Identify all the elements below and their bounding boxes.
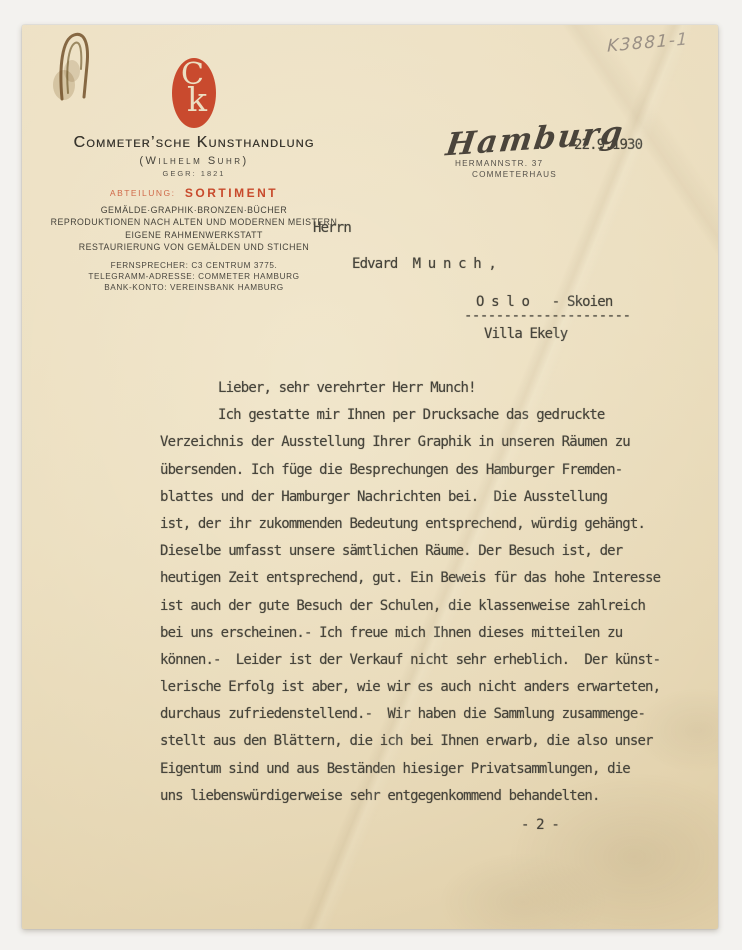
body-line: übersenden. Ich füge die Besprechungen d… bbox=[160, 457, 700, 484]
body-line: ist auch der gute Besuch der Schulen, di… bbox=[160, 593, 700, 620]
department-line: ABTEILUNG: SORTIMENT bbox=[42, 184, 346, 202]
recipient-name: Edvard M u n c h , bbox=[352, 256, 496, 272]
recipient-city-underline: --------------------- bbox=[464, 308, 631, 324]
body-line: Verzeichnis der Ausstellung Ihrer Graphi… bbox=[160, 429, 700, 456]
letterhead: C k Commeter’sche Kunsthandlung (Wilhelm… bbox=[42, 55, 346, 292]
body-line: Ich gestatte mir Ihnen per Drucksache da… bbox=[160, 402, 700, 429]
letter-paper: K3881-1 C k Commeter’sche Kunsthandlung … bbox=[22, 25, 718, 929]
services-line: REPRODUKTIONEN NACH ALTEN UND MODERNEN M… bbox=[42, 217, 346, 227]
pencil-annotation: K3881-1 bbox=[607, 29, 689, 56]
dateline-date: 22.9.1930 bbox=[574, 137, 642, 153]
body-line: uns liebenswürdigerweise sehr entgegenko… bbox=[160, 783, 700, 810]
body-line: ist, der ihr zukommenden Bedeutung entsp… bbox=[160, 511, 700, 538]
dateline-building: COMMETERHAUS bbox=[472, 170, 557, 179]
body-line: stellt aus den Blättern, die ich bei Ihn… bbox=[160, 728, 700, 755]
scanned-letter-page: { "annotation": { "text": "K3881-1" }, "… bbox=[0, 0, 742, 950]
body-line: Eigentum sind und aus Beständen hiesiger… bbox=[160, 756, 700, 783]
department-value: SORTIMENT bbox=[185, 186, 278, 200]
company-logo: C k bbox=[172, 58, 216, 128]
page-number: - 2 - bbox=[521, 817, 559, 833]
recipient-prefix: Herrn bbox=[313, 220, 351, 236]
services-line: EIGENE RAHMENWERKSTATT bbox=[42, 230, 346, 240]
logo-monogram-k: k bbox=[187, 83, 207, 116]
recipient-villa: Villa Ekely bbox=[484, 326, 567, 342]
body-line: Lieber, sehr verehrter Herr Munch! bbox=[160, 375, 700, 402]
body-line: heutigen Zeit entsprechend, gut. Ein Bew… bbox=[160, 565, 700, 592]
body-line: durchaus zufriedenstellend.- Wir haben d… bbox=[160, 701, 700, 728]
body-line: können.- Leider ist der Verkauf nicht se… bbox=[160, 647, 700, 674]
body-line: lerische Erfolg ist aber, wie wir es auc… bbox=[160, 674, 700, 701]
contact-line: TELEGRAMM-ADRESSE: COMMETER HAMBURG bbox=[42, 272, 346, 281]
services-line: GEMÄLDE·GRAPHIK·BRONZEN·BÜCHER bbox=[42, 205, 346, 215]
contact-line: FERNSPRECHER: C3 CENTRUM 3775. bbox=[42, 261, 346, 270]
letter-body: Lieber, sehr verehrter Herr Munch! Ich g… bbox=[160, 375, 700, 810]
body-line: bei uns erscheinen.- Ich freue mich Ihne… bbox=[160, 620, 700, 647]
body-line: Dieselbe umfasst unsere sämtlichen Räume… bbox=[160, 538, 700, 565]
body-line: blattes und der Hamburger Nachrichten be… bbox=[160, 484, 700, 511]
contact-line: BANK-KONTO: VEREINSBANK HAMBURG bbox=[42, 283, 346, 292]
company-name: Commeter’sche Kunsthandlung bbox=[42, 134, 346, 152]
services-line: RESTAURIERUNG VON GEMÄLDEN UND STICHEN bbox=[42, 242, 346, 252]
company-founded: GEGR: 1821 bbox=[42, 169, 346, 178]
department-label: ABTEILUNG: bbox=[110, 188, 176, 198]
contact-block: FERNSPRECHER: C3 CENTRUM 3775. TELEGRAMM… bbox=[42, 261, 346, 292]
company-owner: (Wilhelm Suhr) bbox=[42, 155, 346, 167]
dateline-street: HERMANNSTR. 37 bbox=[455, 159, 543, 168]
